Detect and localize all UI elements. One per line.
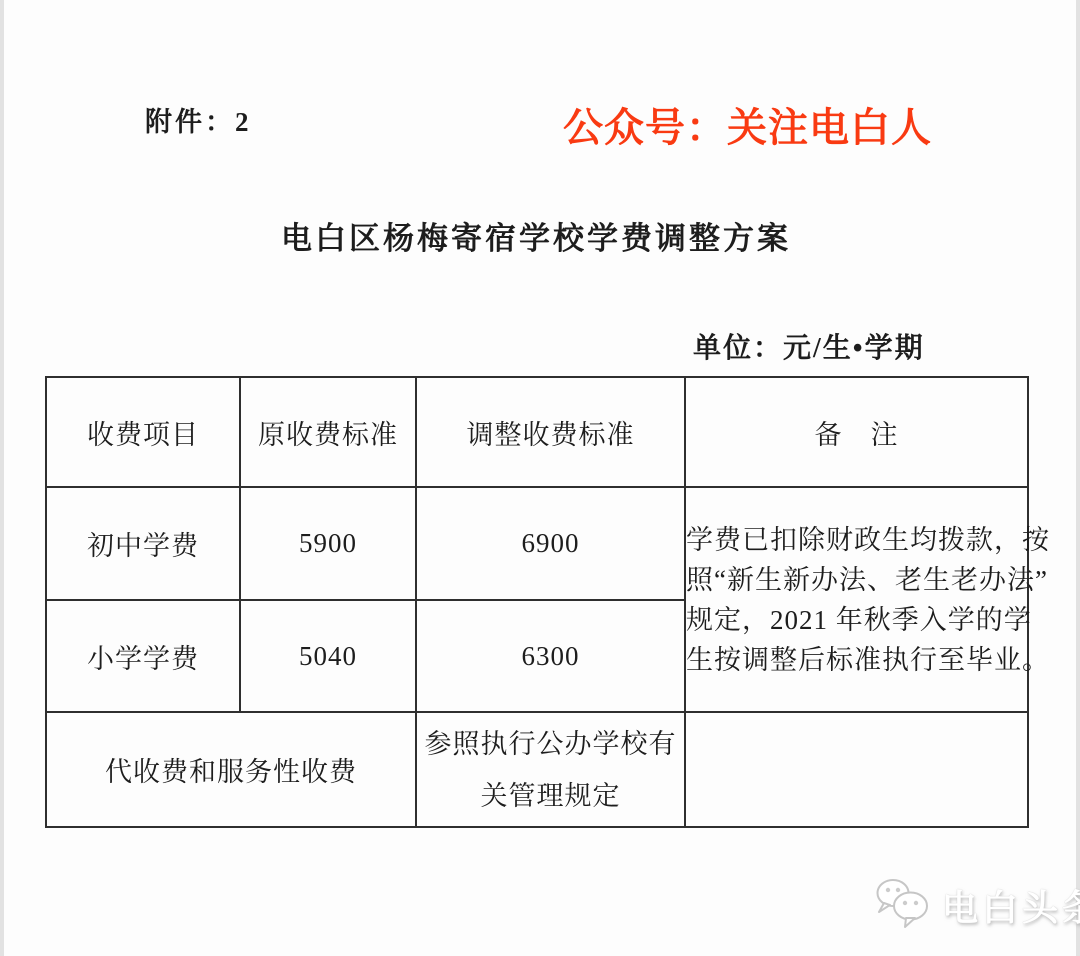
cell-service-remark-empty [685,712,1028,827]
remark-cell: 学费已扣除财政生均拨款，按 照“新生新办法、老生老办法” 规定，2021 年秋季… [685,487,1028,712]
cell-service-item: 代收费和服务性收费 [46,712,416,827]
cell-service-policy: 参照执行公办学校有 关管理规定 [416,712,685,827]
cell-junior-old: 5900 [240,487,416,600]
remark-line: 生按调整后标准执行至毕业。 [686,640,1027,680]
attachment-label: 附件：2 [145,100,252,139]
remark-line: 学费已扣除财政生均拨款，按 [686,520,1027,560]
wechat-bubbles-icon [872,876,932,934]
cell-junior-item: 初中学费 [46,487,240,600]
cell-primary-old: 5040 [240,600,416,712]
table-row-service: 代收费和服务性收费 参照执行公办学校有 关管理规定 [46,712,1028,827]
page-edge-right [1076,0,1080,956]
header-cell-adjusted-standard: 调整收费标准 [416,377,685,487]
remark-line: 照“新生新办法、老生老办法” [686,560,1027,600]
page-edge-left [0,0,4,956]
policy-line: 参照执行公办学校有 [417,718,684,770]
fee-table: 收费项目 原收费标准 调整收费标准 备 注 初中学费 5900 6900 学费已… [45,376,1029,828]
header-cell-item: 收费项目 [46,377,240,487]
table-row-junior: 初中学费 5900 6900 学费已扣除财政生均拨款，按 照“新生新办法、老生老… [46,487,1028,600]
cell-primary-item: 小学学费 [46,600,240,712]
table-header-row: 收费项目 原收费标准 调整收费标准 备 注 [46,377,1028,487]
header-cell-old-standard: 原收费标准 [240,377,416,487]
public-account-banner: 公众号：关注电白人 [563,96,932,153]
remark-line: 规定，2021 年秋季入学的学 [686,600,1027,640]
document-title: 电白区杨梅寄宿学校学费调整方案 [45,213,1027,258]
policy-line: 关管理规定 [417,770,684,822]
cell-primary-adjusted: 6300 [416,600,685,712]
watermark-text: 电白头条 [942,880,1080,931]
unit-label: 单位：元/生•学期 [693,326,925,366]
watermark: 电白头条 [872,876,1080,934]
cell-junior-adjusted: 6900 [416,487,685,600]
header-cell-remark: 备 注 [685,377,1028,487]
